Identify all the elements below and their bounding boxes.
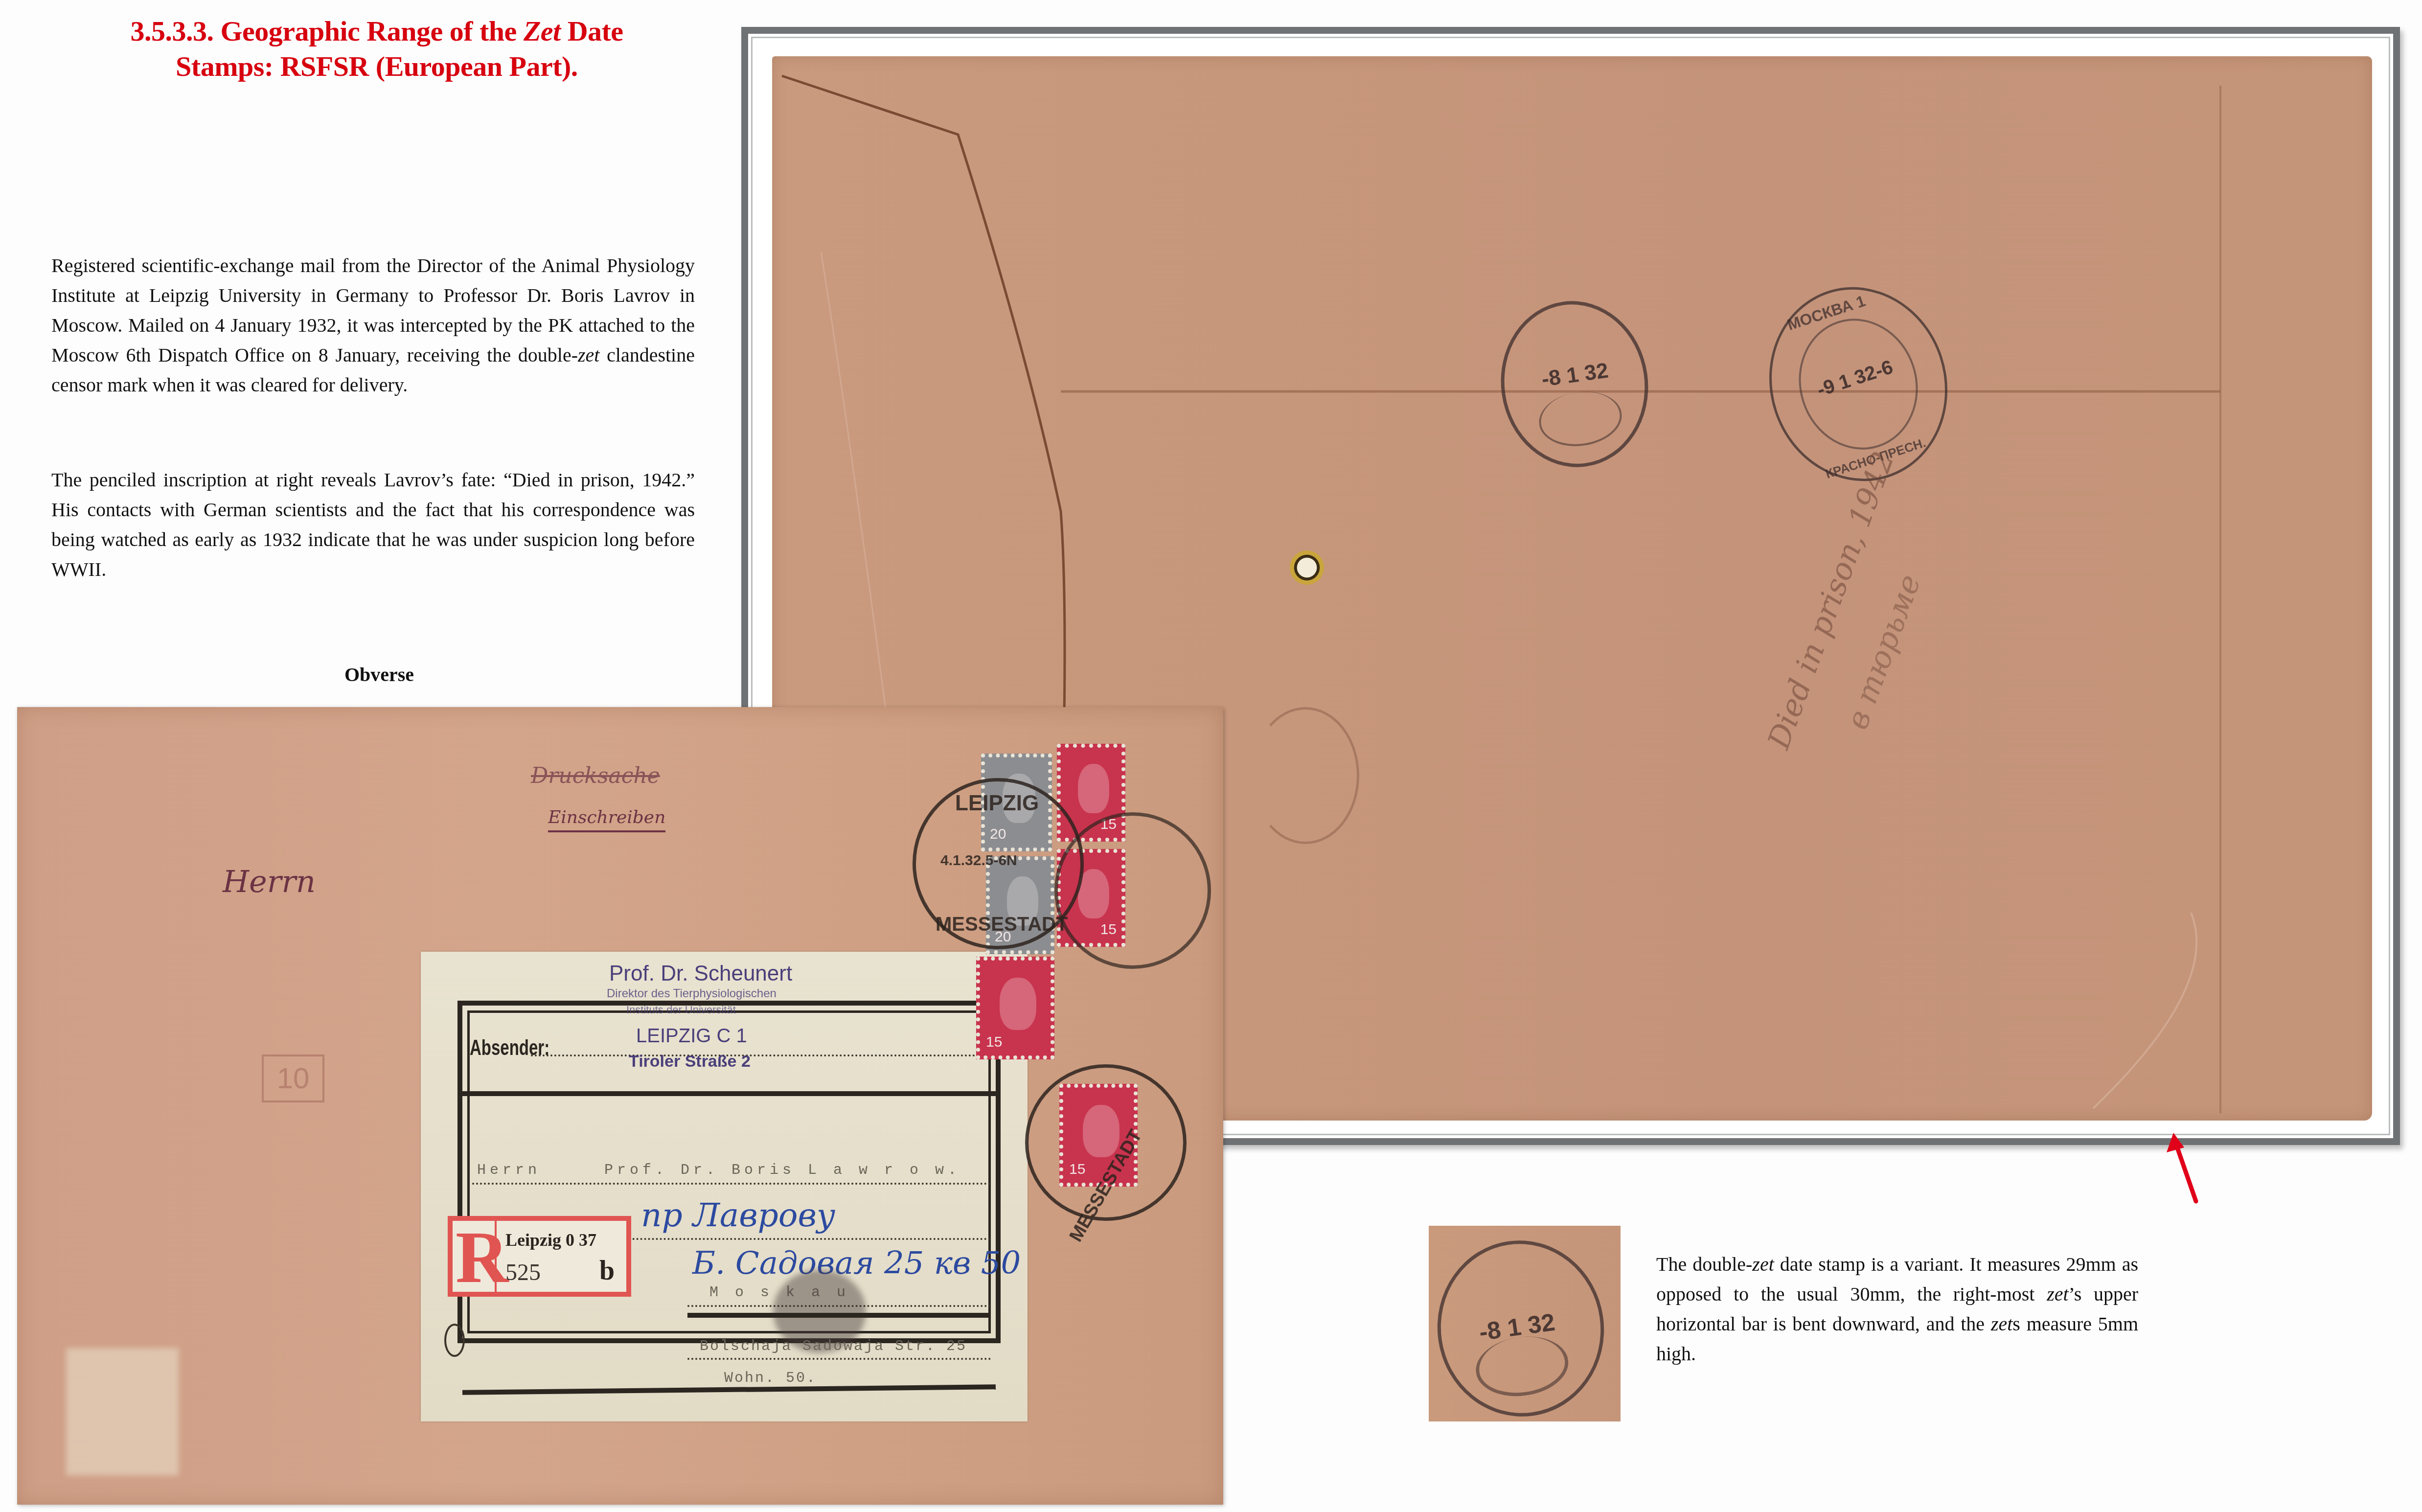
recipient-street: Bolschaja Sadowaja Str. 25 bbox=[700, 1338, 967, 1355]
description-paragraph-1: Registered scientific-exchange mail from… bbox=[51, 251, 695, 400]
registration-letter: R bbox=[456, 1221, 497, 1292]
registration-number: 525 bbox=[505, 1259, 541, 1286]
title-zet: Zet bbox=[524, 15, 561, 47]
sender-name: Prof. Dr. Scheunert bbox=[609, 962, 792, 986]
cyrillic-address: Б. Садовая 25 кв 50 bbox=[692, 1245, 1021, 1282]
label-rule bbox=[687, 1313, 991, 1318]
zet-italic: zet bbox=[578, 344, 599, 366]
leipzig-cancel: LEIPZIG 4.1.32.5-6N MESSESTADT bbox=[913, 778, 1084, 949]
leipzig-cancel bbox=[1054, 812, 1211, 969]
leipzig-cancel: MESSESTADT bbox=[1025, 1064, 1187, 1221]
censor-postmark-date: -8 1 32 bbox=[1540, 358, 1610, 392]
zet-italic: zet bbox=[1991, 1313, 2012, 1335]
stamp-portrait bbox=[1000, 978, 1036, 1030]
sender-street: Tiroler Straße 2 bbox=[629, 1052, 751, 1071]
dotted-line bbox=[687, 1358, 991, 1360]
sender-institute: Instituts der Universität bbox=[626, 1004, 736, 1016]
registration-suffix: b bbox=[599, 1255, 615, 1286]
stamp-portrait bbox=[1078, 764, 1109, 813]
dotted-line bbox=[687, 1305, 991, 1307]
page-title: 3.5.3.3. Geographic Range of the Zet Dat… bbox=[49, 14, 705, 84]
sender-city: LEIPZIG C 1 bbox=[636, 1025, 747, 1047]
box-mark: 10 bbox=[262, 1054, 324, 1102]
printer-logo-icon bbox=[444, 1324, 465, 1357]
postmark-inner-arc bbox=[1535, 387, 1625, 452]
paper-wear-patch bbox=[66, 1348, 179, 1475]
zet-italic: zet bbox=[2047, 1283, 2068, 1305]
sender-dotted-line bbox=[531, 1054, 991, 1056]
title-text-end: Date bbox=[568, 15, 623, 47]
registration-label: R Leipzig 0 37 525 b bbox=[448, 1216, 631, 1297]
recipient-dotted-line bbox=[472, 1183, 991, 1185]
detail-postmark: -8 1 32 bbox=[1426, 1230, 1616, 1427]
label-rule bbox=[462, 1091, 996, 1096]
recipient-name: Prof. Dr. Boris L a w r o w. bbox=[604, 1162, 960, 1179]
description-paragraph-2: The penciled inscription at right reveal… bbox=[51, 465, 695, 584]
title-line-2: Stamps: RSFSR (European Part). bbox=[176, 50, 578, 82]
absender-label: Absender: bbox=[470, 1036, 549, 1060]
stamp-value: 15 bbox=[986, 1034, 1002, 1051]
crossed-out-handwriting: Drucksache bbox=[531, 763, 660, 788]
registration-office: Leipzig 0 37 bbox=[505, 1230, 596, 1250]
red-arrow-icon bbox=[2163, 1130, 2207, 1204]
stamp-15pf: 15 bbox=[976, 957, 1054, 1059]
cancel-messestadt: MESSESTADT bbox=[1066, 1126, 1147, 1246]
zet-italic: zet bbox=[1752, 1253, 1774, 1275]
obverse-label: Obverse bbox=[274, 663, 484, 686]
recipient-salutation: Herrn bbox=[477, 1162, 541, 1179]
postmark-detail-image: -8 1 32 bbox=[1429, 1226, 1621, 1421]
handwriting-registered: Einschreiben bbox=[548, 807, 665, 832]
text: The double- bbox=[1656, 1253, 1752, 1275]
handwriting-herrn: Herrn bbox=[223, 864, 316, 899]
obverse-cover-image: Drucksache Einschreiben Herrn 10 Prof. D… bbox=[17, 707, 1223, 1505]
faint-postmark bbox=[1252, 707, 1359, 844]
cancel-city: LEIPZIG bbox=[955, 791, 1039, 816]
cancel-messestadt: MESSESTADT bbox=[936, 914, 1068, 936]
section-number: 3.5.3.3. bbox=[130, 15, 213, 47]
box-mark-number: 10 bbox=[264, 1056, 322, 1100]
wax-seal-icon bbox=[1290, 550, 1324, 585]
title-text: Geographic Range of the bbox=[220, 15, 517, 47]
cyrillic-recipient: пр Лаврову bbox=[641, 1196, 835, 1234]
address-label: Prof. Dr. Scheunert Direktor des Tierphy… bbox=[421, 952, 1028, 1421]
sender-title: Direktor des Tierphysiologischen bbox=[607, 987, 777, 1001]
variant-caption: The double-zet date stamp is a variant. … bbox=[1656, 1249, 2138, 1369]
recipient-apartment: Wohn. 50. bbox=[724, 1370, 817, 1387]
cancel-date: 4.1.32.5-6N bbox=[940, 852, 1017, 869]
